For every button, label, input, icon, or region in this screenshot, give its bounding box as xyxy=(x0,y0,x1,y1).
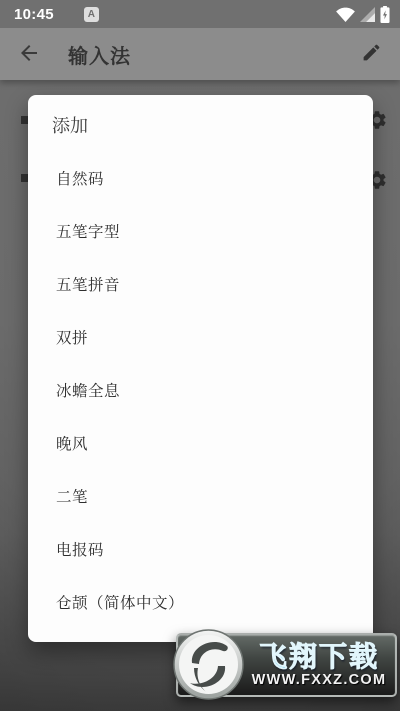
input-method-label: 五笔拼音 xyxy=(56,273,120,295)
input-method-list-item[interactable]: 冰蟾全息 xyxy=(28,363,373,416)
input-method-list-item[interactable]: 双拼 xyxy=(28,310,373,363)
background-row-text-stub xyxy=(21,116,28,124)
edit-button[interactable] xyxy=(358,41,384,67)
wifi-icon xyxy=(336,7,355,22)
input-method-list-item[interactable]: 晚风 xyxy=(28,416,373,469)
input-method-list-item[interactable]: 二笔 xyxy=(28,469,373,522)
input-method-label: 自然码 xyxy=(56,167,104,189)
background-row-text-stub xyxy=(21,174,28,182)
watermark-url: WWW.FXXZ.COM xyxy=(252,672,387,688)
site-watermark: 飞翔下载 WWW.FXXZ.COM xyxy=(176,633,397,697)
watermark-title: 飞翔下载 xyxy=(259,642,379,671)
input-method-list-item[interactable]: 自然码 xyxy=(28,151,373,204)
battery-charging-icon xyxy=(380,6,390,23)
android-screen: 10:45 A 输入法 xyxy=(0,0,400,711)
ime-notification-icon: A xyxy=(84,7,99,22)
input-method-label: 仓颉（简体中文） xyxy=(56,591,184,613)
input-method-label: 晚风 xyxy=(56,432,88,454)
dialog-title: 添加 xyxy=(28,95,373,151)
pencil-icon xyxy=(361,42,382,66)
add-dialog-list: 自然码 五笔字型 五笔拼音 双拼 冰蟾全息 晚风 二笔 电报码 仓颉（简体中文） xyxy=(28,151,373,628)
watermark-texts: 飞翔下载 WWW.FXXZ.COM xyxy=(246,642,392,688)
app-bar: 输入法 xyxy=(0,28,400,80)
input-method-label: 二笔 xyxy=(56,485,88,507)
input-method-list-item[interactable]: 五笔字型 xyxy=(28,204,373,257)
input-method-label: 双拼 xyxy=(56,326,88,348)
clock: 10:45 xyxy=(14,6,54,23)
input-method-list-item[interactable]: 电报码 xyxy=(28,522,373,575)
input-method-label: 冰蟾全息 xyxy=(56,379,120,401)
input-method-label: 五笔字型 xyxy=(56,220,120,242)
input-method-list-item[interactable]: 五笔拼音 xyxy=(28,257,373,310)
status-icons xyxy=(336,6,390,23)
input-method-list-item[interactable]: 仓颉（简体中文） xyxy=(28,575,373,628)
fxxz-logo-icon xyxy=(172,628,245,701)
input-method-label: 电报码 xyxy=(56,538,104,560)
page-title: 输入法 xyxy=(68,40,131,69)
add-input-method-dialog: 添加 自然码 五笔字型 五笔拼音 双拼 冰蟾全息 晚风 二笔 电报码 仓颉（简体… xyxy=(28,95,373,642)
arrow-left-icon xyxy=(17,41,41,68)
cell-signal-icon xyxy=(360,7,375,22)
back-button[interactable] xyxy=(16,41,42,67)
status-bar: 10:45 A xyxy=(0,0,400,28)
